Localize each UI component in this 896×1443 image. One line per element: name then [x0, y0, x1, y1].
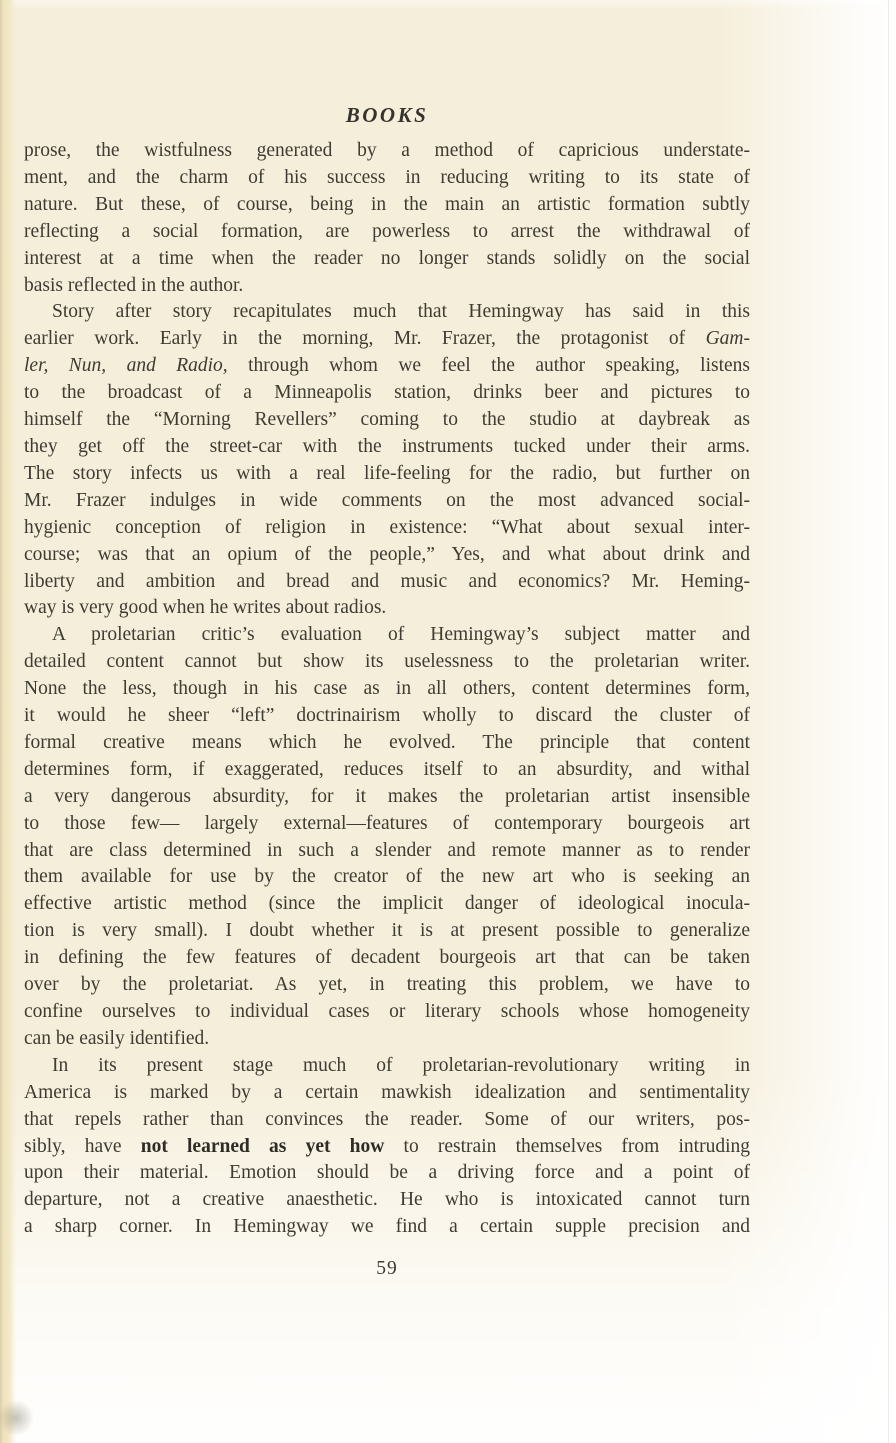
body-text: it would he sheer “left” doctrinairism w…: [24, 705, 750, 726]
text-line: way is very good when he writes about ra…: [24, 595, 750, 622]
body-text: way is very good when he writes about ra…: [24, 597, 386, 618]
body-text: prose, the wistfulness generated by a me…: [24, 140, 750, 161]
paragraph: Story after story recapitulates much tha…: [24, 299, 750, 622]
text-line: effective artistic method (since the imp…: [24, 891, 750, 918]
body-text: can be easily identified.: [24, 1028, 209, 1049]
body-text: America is marked by a certain mawkish i…: [24, 1082, 750, 1103]
italic-text: Gam-: [706, 328, 750, 349]
text-line: himself the “Morning Revellers” coming t…: [24, 407, 750, 434]
body-text: ment, and the charm of his success in re…: [24, 167, 750, 188]
body-text: to those few— largely external—features …: [24, 813, 750, 834]
text-line: ment, and the charm of his success in re…: [24, 165, 750, 192]
body-text: determines form, if exaggerated, reduces…: [24, 759, 750, 780]
scanned-book-page: BOOKS prose, the wistfulness generated b…: [0, 0, 896, 1443]
text-line: to those few— largely external—features …: [24, 811, 750, 838]
text-line: detailed content cannot but show its use…: [24, 649, 750, 676]
text-line: nature. But these, of course, being in t…: [24, 192, 750, 219]
text-line: America is marked by a certain mawkish i…: [24, 1080, 750, 1107]
text-line: confine ourselves to individual cases or…: [24, 999, 750, 1026]
paragraph: prose, the wistfulness generated by a me…: [24, 138, 750, 299]
body-text: reflecting a social formation, are power…: [24, 221, 750, 242]
body-text: a very dangerous absurdity, for it makes…: [24, 786, 750, 807]
text-line: them available for use by the creator of…: [24, 864, 750, 891]
body-text: in defining the few features of decadent…: [24, 947, 750, 968]
scan-edge-line: [888, 0, 889, 1443]
text-line: In its present stage much of proletarian…: [24, 1053, 750, 1080]
body-text: departure, not a creative anaesthetic. H…: [24, 1189, 750, 1210]
bold-text: not learned as yet how: [141, 1136, 385, 1157]
text-line: they get off the street-car with the ins…: [24, 434, 750, 461]
body-text: earlier work. Early in the morning, Mr. …: [24, 328, 706, 349]
text-line: to the broadcast of a Minneapolis statio…: [24, 380, 750, 407]
text-line: liberty and ambition and bread and music…: [24, 569, 750, 596]
text-line: it would he sheer “left” doctrinairism w…: [24, 703, 750, 730]
body-text: himself the “Morning Revellers” coming t…: [24, 409, 750, 430]
body-text: them available for use by the creator of…: [24, 866, 750, 887]
text-line: can be easily identified.: [24, 1026, 750, 1053]
body-text: Mr. Frazer indulges in wide comments on …: [24, 490, 750, 511]
page-left-edge: [0, 0, 16, 1443]
paragraph: A proletarian critic’s evaluation of Hem…: [24, 622, 750, 1053]
body-text: nature. But these, of course, being in t…: [24, 194, 750, 215]
page-content: BOOKS prose, the wistfulness generated b…: [24, 102, 750, 1282]
text-line: interest at a time when the reader no lo…: [24, 246, 750, 273]
body-text: In its present stage much of proletarian…: [52, 1055, 750, 1076]
body-text: detailed content cannot but show its use…: [24, 651, 750, 672]
body-text: that are class determined in such a slen…: [24, 840, 750, 861]
text-line: Story after story recapitulates much tha…: [24, 299, 750, 326]
body-text: tion is very small). I doubt whether it …: [24, 920, 750, 941]
page-header: BOOKS: [24, 102, 750, 128]
body-text: basis reflected in the author.: [24, 275, 243, 296]
body-text: upon their material. Emotion should be a…: [24, 1162, 750, 1183]
text-line: Mr. Frazer indulges in wide comments on …: [24, 488, 750, 515]
text-line: earlier work. Early in the morning, Mr. …: [24, 326, 750, 353]
text-line: basis reflected in the author.: [24, 273, 750, 300]
body-text: A proletarian critic’s evaluation of Hem…: [52, 624, 750, 645]
text-line: a sharp corner. In Hemingway we find a c…: [24, 1214, 750, 1241]
body-text: over by the proletariat. As yet, in trea…: [24, 974, 750, 995]
body-text: to the broadcast of a Minneapolis statio…: [24, 382, 750, 403]
text-line: tion is very small). I doubt whether it …: [24, 918, 750, 945]
text-line: ler, Nun, and Radio, through whom we fee…: [24, 353, 750, 380]
body-text: course; was that an opium of the people,…: [24, 544, 750, 565]
body-text: to restrain themselves from intruding: [384, 1136, 750, 1157]
body-text: effective artistic method (since the imp…: [24, 893, 750, 914]
text-line: departure, not a creative anaesthetic. H…: [24, 1187, 750, 1214]
article-body: prose, the wistfulness generated by a me…: [24, 138, 750, 1241]
body-text: Story after story recapitulates much tha…: [52, 301, 750, 322]
body-text: The story infects us with a real life-fe…: [24, 463, 750, 484]
body-text: that repels rather than convinces the re…: [24, 1109, 750, 1130]
text-line: in defining the few features of decadent…: [24, 945, 750, 972]
text-line: hygienic conception of religion in exist…: [24, 515, 750, 542]
body-text: through whom we feel the author speaking…: [228, 355, 750, 376]
text-line: that are class determined in such a slen…: [24, 838, 750, 865]
paragraph: In its present stage much of proletarian…: [24, 1053, 750, 1241]
page-number: 59: [24, 1255, 750, 1282]
body-text: confine ourselves to individual cases or…: [24, 1001, 750, 1022]
italic-text: ler, Nun, and Radio,: [24, 355, 228, 376]
body-text: they get off the street-car with the ins…: [24, 436, 750, 457]
text-line: None the less, though in his case as in …: [24, 676, 750, 703]
text-line: A proletarian critic’s evaluation of Hem…: [24, 622, 750, 649]
scan-smudge: [0, 1394, 40, 1442]
body-text: sibly, have: [24, 1136, 141, 1157]
text-line: a very dangerous absurdity, for it makes…: [24, 784, 750, 811]
text-line: over by the proletariat. As yet, in trea…: [24, 972, 750, 999]
body-text: formal creative means which he evolved. …: [24, 732, 750, 753]
body-text: interest at a time when the reader no lo…: [24, 248, 750, 269]
text-line: determines form, if exaggerated, reduces…: [24, 757, 750, 784]
body-text: a sharp corner. In Hemingway we find a c…: [24, 1216, 750, 1237]
body-text: hygienic conception of religion in exist…: [24, 517, 750, 538]
text-line: upon their material. Emotion should be a…: [24, 1160, 750, 1187]
body-text: None the less, though in his case as in …: [24, 678, 750, 699]
text-line: course; was that an opium of the people,…: [24, 542, 750, 569]
body-text: liberty and ambition and bread and music…: [24, 571, 750, 592]
text-line: formal creative means which he evolved. …: [24, 730, 750, 757]
text-line: reflecting a social formation, are power…: [24, 219, 750, 246]
text-line: The story infects us with a real life-fe…: [24, 461, 750, 488]
text-line: prose, the wistfulness generated by a me…: [24, 138, 750, 165]
text-line: sibly, have not learned as yet how to re…: [24, 1134, 750, 1161]
text-line: that repels rather than convinces the re…: [24, 1107, 750, 1134]
